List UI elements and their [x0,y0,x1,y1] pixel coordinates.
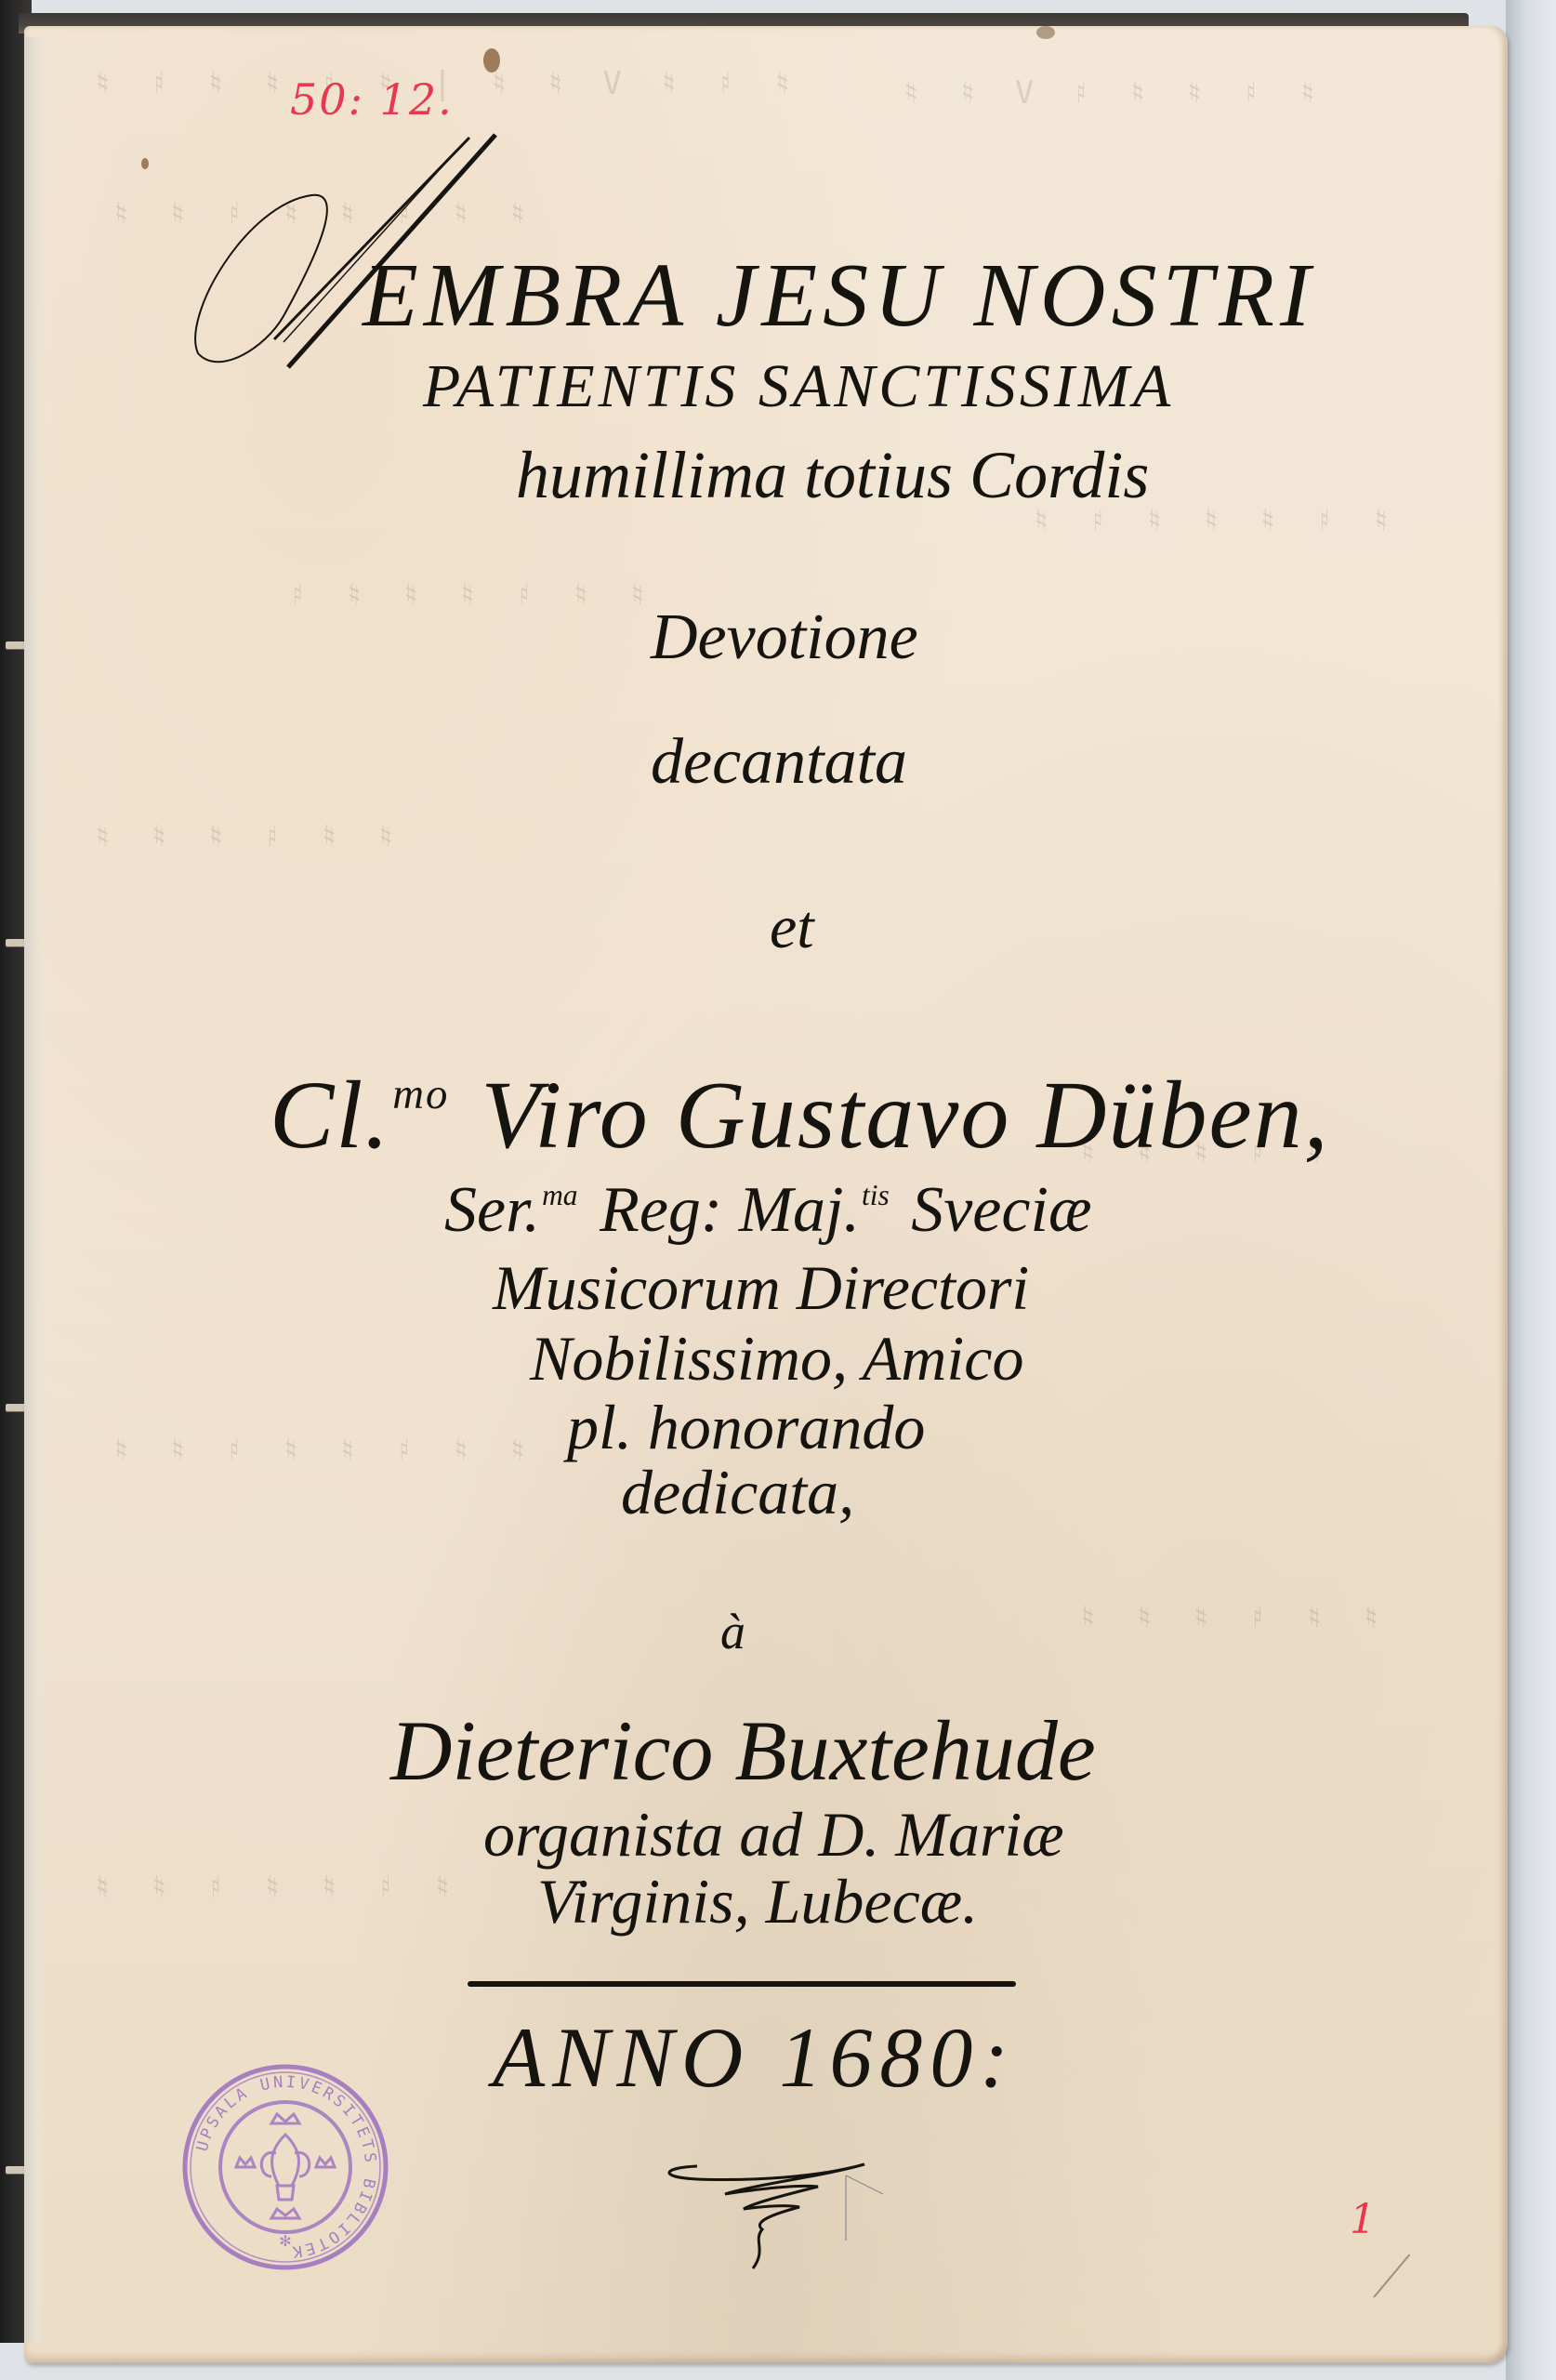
author-location: Virginis, Lubecæ. [537,1865,978,1938]
dedication-ser-superscript: ma [542,1179,578,1211]
author-name: Dieterico Buxtehude [390,1701,1096,1800]
ink-stain [1036,26,1055,39]
bleed-through-notation: ♯ ♯ ♮ ♯ ♯ ♯ [84,818,395,855]
title-line-decantata: decantata [651,725,907,800]
date-line: ANNO 1680: [493,2008,1016,2107]
dedication-line-dedicata: dedicata, [621,1456,854,1529]
dedication-line-musicorum-directori: Musicorum Directori [493,1251,1029,1325]
bleed-through-notation: ♯ ♮ ♯ ♯ ♮ V ♯ ♯ [892,74,1317,112]
title-line-et: et [770,892,814,963]
divider-rule [468,1981,1016,1987]
bleed-through-notation: ♯ ♯ ♮ ♯ ♯ ♯ ♮ [279,576,647,614]
dedication-prefix: Cl. [270,1062,390,1169]
bleed-through-notation: ♯ ♯ ♮ ♯ ♯ ♯ [1069,1599,1380,1636]
ink-stain [141,158,149,169]
closing-flourish-icon [641,2157,883,2278]
bleed-through-notation: ♯ ♯ ♮ ♯ ♯ ♮ ♯ ♯ [102,1432,527,1469]
page-left-edge [24,37,46,2343]
ink-stain [483,48,500,73]
title-line-patientis-sanctissima: PATIENTIS SANCTISSIMA [423,351,1174,422]
dedication-reg-superscript: tis [862,1179,890,1211]
library-stamp-icon: UPSALA UNIVERSITETS BIBLIOTEK ✻ [178,2060,392,2274]
dedication-name: Viro Gustavo Düben, [481,1062,1329,1169]
dedication-ser: Ser. [444,1174,540,1246]
dedication-reg-maj: Reg: Maj. [600,1174,860,1246]
title-line-devotione: Devotione [651,601,918,675]
author-by: à [720,1603,745,1660]
scan-background [1506,0,1556,2380]
dedication-line-nobilissimo-amico: Nobilissimo, Amico [530,1322,1023,1395]
dedication-prefix-superscript: mo [392,1070,449,1118]
bleed-through-notation: ♯ ♮ ♯ ♯ ♮ ♯ ♯ [84,1869,452,1906]
title-line-membra-jesu-nostri: EMBRA JESU NOSTRI [363,244,1316,348]
dedication-line-royal-majesty: Ser.ma Reg: Maj.tis Sveciæ [444,1173,1092,1248]
dedication-line-honorando: pl. honorando [567,1391,925,1464]
author-position: organista ad D. Mariæ [483,1798,1064,1871]
folio-number: 1 [1350,2196,1376,2243]
svg-text:✻: ✻ [279,2232,291,2250]
shelfmark-label: 50: 12. [290,74,454,125]
dedication-recipient: Cl.mo Viro Gustavo Düben, [270,1060,1330,1170]
title-line-humillima-totius-cordis: humillima totius Cordis [516,437,1149,514]
dedication-sveciae: Sveciæ [911,1174,1091,1246]
